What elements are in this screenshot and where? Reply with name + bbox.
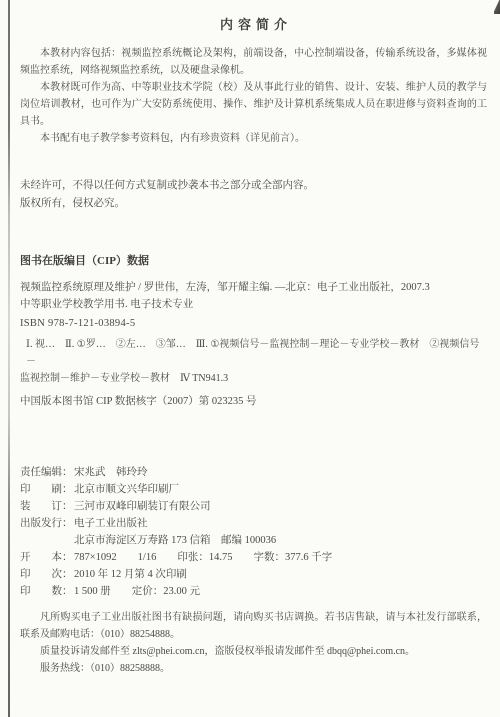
intro-paragraph-1: 本教材内容包括：视频监控系统概论及架构，前端设备，中心控制端设备，传输系统设备，… bbox=[20, 45, 487, 79]
pubinfo-value: 787×1092 1/16 印张：14.75 字数：377.6 千字 bbox=[74, 549, 332, 566]
isbn-line: ISBN 978-7-121-03894-5 bbox=[20, 315, 487, 332]
pubinfo-label: 装 订： bbox=[20, 498, 74, 515]
complaint-email-line: 质量投诉请发邮件至 zlts@phei.com.cn，盗版侵权举报请发邮件至 d… bbox=[20, 643, 487, 660]
page-title: 内容简介 bbox=[20, 16, 487, 33]
pubinfo-row-binder: 装 订： 三河市双峰印刷装订有限公司 bbox=[20, 498, 487, 515]
pubinfo-row-impression: 印 次： 2010 年 12 月第 4 次印刷 bbox=[20, 566, 487, 583]
book-copyright-page: 内容简介 本教材内容包括：视频监控系统概论及架构，前端设备，中心控制端设备，传输… bbox=[0, 0, 500, 717]
pubinfo-value: 三河市双峰印刷装订有限公司 bbox=[74, 498, 211, 515]
purchase-service-notice: 凡所购买电子工业出版社图书有缺损问题，请向购买书店调换。若书店售缺，请与本社发行… bbox=[20, 609, 487, 677]
cip-heading: 图书在版编目（CIP）数据 bbox=[20, 253, 487, 270]
copyright-notice: 未经许可，不得以任何方式复制或抄袭本书之部分或全部内容。 版权所有，侵权必究。 bbox=[20, 177, 487, 212]
pubinfo-label: 印 刷： bbox=[20, 481, 74, 498]
copyright-notice-line-1: 未经许可，不得以任何方式复制或抄袭本书之部分或全部内容。 bbox=[20, 177, 487, 195]
pubinfo-label bbox=[20, 532, 74, 549]
cip-series-line: 中等职业学校教学用书. 电子技术专业 bbox=[20, 296, 487, 313]
pubinfo-value: 北京市海淀区万寿路 173 信箱 邮编 100036 bbox=[74, 532, 276, 549]
copyright-notice-line-2: 版权所有，侵权必究。 bbox=[20, 195, 487, 213]
publication-info-section: 责任编辑： 宋兆武 韩玲玲 印 刷： 北京市顺文兴华印刷厂 装 订： 三河市双峰… bbox=[20, 464, 487, 600]
pubinfo-row-address: 北京市海淀区万寿路 173 信箱 邮编 100036 bbox=[20, 532, 487, 549]
service-hotline-line: 服务热线：（010）88258888。 bbox=[20, 660, 487, 677]
pubinfo-label: 责任编辑： bbox=[20, 464, 74, 481]
pubinfo-label: 印 数： bbox=[20, 583, 74, 600]
cip-classification-line-1: Ⅰ. 视… Ⅱ. ①罗… ②左… ③邹… Ⅲ. ①视频信号－监视控制－理论－专业… bbox=[20, 336, 487, 370]
pubinfo-value: 北京市顺文兴华印刷厂 bbox=[74, 481, 179, 498]
pubinfo-row-publisher: 出版发行： 电子工业出版社 bbox=[20, 515, 487, 532]
pubinfo-label: 开 本： bbox=[20, 549, 74, 566]
cip-title-line: 视频监控系统原理及维护 / 罗世伟，左涛，邹开耀主编. —北京：电子工业出版社，… bbox=[20, 279, 487, 296]
purchase-notice-paragraph: 凡所购买电子工业出版社图书有缺损问题，请向购买书店调换。若书店售缺，请与本社发行… bbox=[20, 609, 487, 643]
pubinfo-row-editor: 责任编辑： 宋兆武 韩玲玲 bbox=[20, 464, 487, 481]
scan-artifact-corner-speck bbox=[494, 0, 500, 14]
pubinfo-value: 2010 年 12 月第 4 次印刷 bbox=[74, 566, 187, 583]
pubinfo-label: 印 次： bbox=[20, 566, 74, 583]
intro-paragraph-2: 本教材既可作为高、中等职业技术学院（校）及从事此行业的销售、设计、安装、维护人员… bbox=[20, 79, 487, 130]
pubinfo-label: 出版发行： bbox=[20, 515, 74, 532]
pubinfo-row-print-run: 印 数： 1 500 册 定价：23.00 元 bbox=[20, 583, 487, 600]
pubinfo-row-format: 开 本： 787×1092 1/16 印张：14.75 字数：377.6 千字 bbox=[20, 549, 487, 566]
pubinfo-row-printer: 印 刷： 北京市顺文兴华印刷厂 bbox=[20, 481, 487, 498]
intro-section: 本教材内容包括：视频监控系统概论及架构，前端设备，中心控制端设备，传输系统设备，… bbox=[20, 45, 487, 147]
scan-artifact-left-edge bbox=[8, 0, 10, 717]
pubinfo-value: 电子工业出版社 bbox=[74, 515, 148, 532]
cip-classification-line-2: 监视控制－维护－专业学校－教材 Ⅳ TN941.3 bbox=[20, 370, 487, 387]
page-content: 内容简介 本教材内容包括：视频监控系统概论及架构，前端设备，中心控制端设备，传输… bbox=[0, 0, 500, 677]
intro-paragraph-3: 本书配有电子教学参考资料包，内有珍贵资料（详见前言）。 bbox=[20, 130, 487, 147]
cip-section: 图书在版编目（CIP）数据 视频监控系统原理及维护 / 罗世伟，左涛，邹开耀主编… bbox=[20, 253, 487, 410]
pubinfo-value: 1 500 册 定价：23.00 元 bbox=[74, 583, 200, 600]
pubinfo-value: 宋兆武 韩玲玲 bbox=[74, 464, 148, 481]
cip-record-line: 中国版本图书馆 CIP 数据核字（2007）第 023235 号 bbox=[20, 393, 487, 410]
